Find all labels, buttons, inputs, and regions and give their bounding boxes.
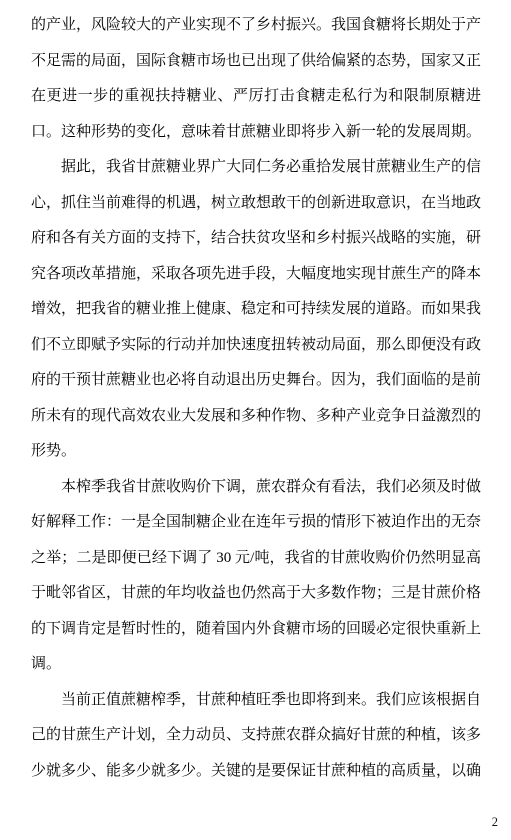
text-line: 之举；二是即便已经下调了 30 元/吨，我省的甘蔗收购价仍然明显高 <box>31 541 481 577</box>
page-text: 的产业，风险较大的产业实现不了乡村振兴。我国食糖将长期处于产不足需的局面，国际食… <box>31 8 481 789</box>
text-line: 于毗邻省区，甘蔗的年均收益也仍然高于大多数作物；三是甘蔗价格 <box>31 576 481 612</box>
text-line: 们不立即赋予实际的行动并加快速度扭转被动局面，那么即便没有政 <box>31 328 481 364</box>
text-line: 府的干预甘蔗糖业也必将自动退出历史舞台。因为，我们面临的是前 <box>31 363 481 399</box>
text-line: 的产业，风险较大的产业实现不了乡村振兴。我国食糖将长期处于产 <box>31 8 481 44</box>
text-line: 的下调肯定是暂时性的，随着国内外食糖市场的回暖必定很快重新上 <box>31 612 481 648</box>
text-line: 府和各有关方面的支持下，结合扶贫攻坚和乡村振兴战略的实施，研 <box>31 221 481 257</box>
text-line: 增效，把我省的糖业推上健康、稳定和可持续发展的道路。而如果我 <box>31 292 481 328</box>
text-line: 形势。 <box>31 434 481 470</box>
page-footer: 2 <box>492 813 498 831</box>
text-line: 口。这种形势的变化，意味着甘蔗糖业即将步入新一轮的发展周期。 <box>31 115 481 151</box>
text-line: 少就多少、能多少就多少。关键的是要保证甘蔗种植的高质量，以确 <box>31 754 481 790</box>
text-line: 心，抓住当前难得的机遇，树立敢想敢干的创新进取意识，在当地政 <box>31 186 481 222</box>
document-page: 的产业，风险较大的产业实现不了乡村振兴。我国食糖将长期处于产不足需的局面，国际食… <box>0 0 511 840</box>
text-line: 究各项改革措施，采取各项先进手段，大幅度地实现甘蔗生产的降本 <box>31 257 481 293</box>
text-line: 所未有的现代高效农业大发展和多种作物、多种产业竞争日益激烈的 <box>31 399 481 435</box>
text-line: 本榨季我省甘蔗收购价下调，蔗农群众有看法，我们必须及时做 <box>31 470 481 506</box>
page-number: 2 <box>492 815 498 829</box>
text-line: 调。 <box>31 647 481 683</box>
text-line: 好解释工作：一是全国制糖企业在连年亏损的情形下被迫作出的无奈 <box>31 505 481 541</box>
text-line: 当前正值蔗糖榨季，甘蔗种植旺季也即将到来。我们应该根据自 <box>31 683 481 719</box>
text-line: 己的甘蔗生产计划，全力动员、支持蔗农群众搞好甘蔗的种植，该多 <box>31 718 481 754</box>
text-line: 据此，我省甘蔗糖业界广大同仁务必重拾发展甘蔗糖业生产的信 <box>31 150 481 186</box>
text-line: 在更进一步的重视扶持糖业、严厉打击食糖走私行为和限制原糖进 <box>31 79 481 115</box>
text-line: 不足需的局面，国际食糖市场也已出现了供给偏紧的态势，国家又正 <box>31 44 481 80</box>
